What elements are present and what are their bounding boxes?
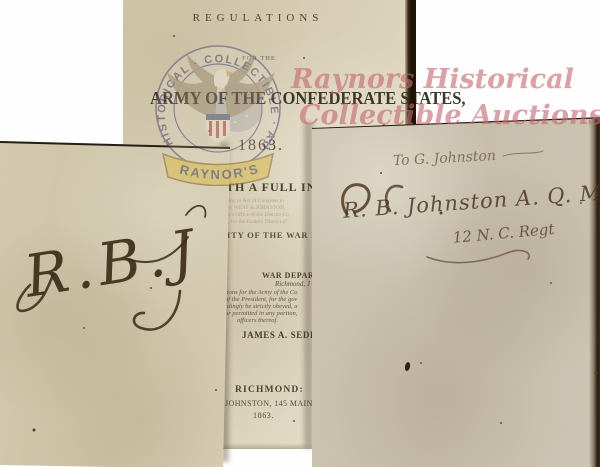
signature-unit-text: 12 N. C. Regt — [452, 220, 556, 247]
signature-johnston: To G. Johnston R. B. Johnston A. Q. M. 1… — [335, 140, 590, 270]
brand-watermark-line2: Collectible Auctions — [299, 100, 600, 131]
faint-line: s, for the Eastern District of — [226, 219, 287, 225]
title-page-heading: REGULATIONS — [123, 12, 393, 24]
raynors-seal-watermark: HISTORICAL · COLLECTIBLE · AUCTIONS RAYN… — [143, 36, 293, 186]
imprint-year: 1863. — [253, 411, 274, 420]
faint-line: rk's Office of the District Co — [226, 212, 289, 218]
signature-johnston-text: R. B. Johnston A. Q. M. — [341, 180, 600, 223]
order-line: rdingly be strictly obeyed, a — [225, 303, 298, 310]
page-shadow — [304, 122, 313, 448]
right-page-cover-edge — [589, 112, 600, 467]
signature-rbj: R.B.J — [10, 175, 220, 350]
auction-photo: REGULATIONS FOR THE ARMY OF THE CONFEDER… — [0, 0, 600, 467]
faint-line: ding to Act of Congress in — [226, 198, 284, 204]
order-line: tions for the Army of the Co — [225, 289, 297, 296]
order-line: of the President, for the gov — [225, 296, 297, 303]
imprint-city: RICHMOND: — [235, 385, 304, 395]
signature-rbj-text: R.B.J — [19, 216, 205, 311]
order-line: or permitted in any portion, — [225, 310, 297, 317]
ink-blot — [404, 362, 411, 372]
faint-line: By WEST & JOHNSTON, — [226, 205, 285, 211]
imprint-publisher: & JOHNSTON, 145 MAIN — [216, 399, 313, 408]
brand-watermark-line1: Raynors Historical — [291, 64, 574, 95]
order-line: officers thereof. — [237, 317, 278, 324]
inscription-small-text: To G. Johnston — [393, 148, 497, 169]
